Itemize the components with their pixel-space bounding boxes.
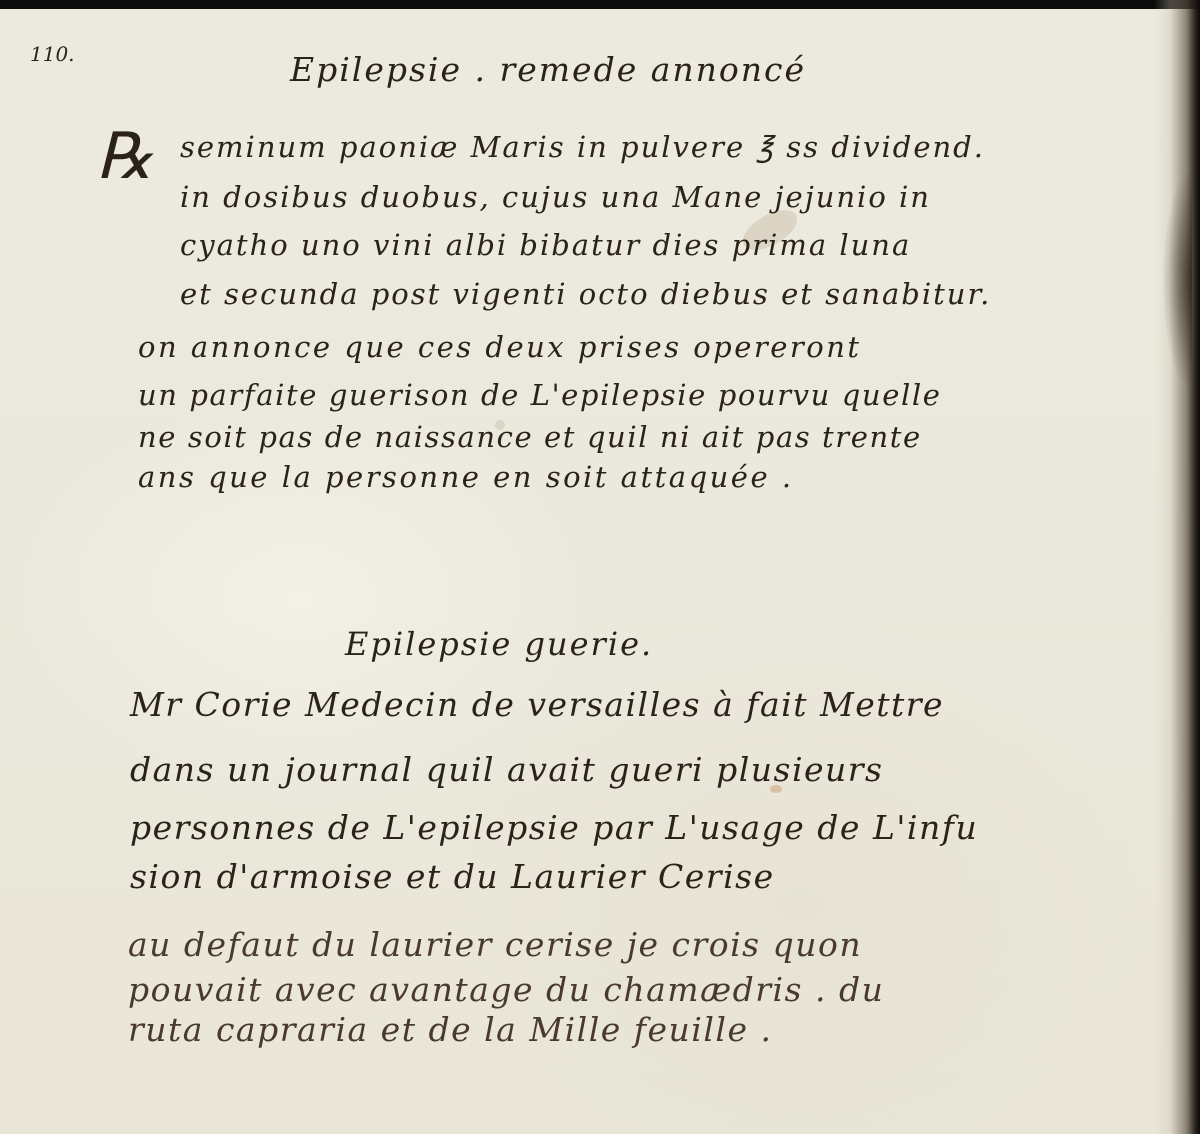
text-line: un parfaite guerison de L'epilepsie pour… <box>138 378 941 412</box>
recipe-rx-symbol: ℞ <box>96 120 153 194</box>
text-line: sion d'armoise et du Laurier Cerise <box>130 857 775 896</box>
text-line: ans que la personne en soit attaquée . <box>138 460 794 494</box>
text-line: personnes de L'epilepsie par L'usage de … <box>130 808 978 847</box>
text-line: cyatho uno vini albi bibatur dies prima … <box>180 228 911 262</box>
text-line: dans un journal quil avait gueri plusieu… <box>130 750 884 789</box>
text-line: in dosibus duobus, cujus una Mane jejuni… <box>180 180 931 214</box>
scan-top-border <box>0 0 1200 9</box>
section-heading-cured: Epilepsie guerie. <box>345 625 653 663</box>
text-line: seminum paoniæ Maris in pulvere ℥ ss div… <box>180 130 985 164</box>
text-line: au defaut du laurier cerise je crois quo… <box>128 925 862 964</box>
book-gutter-shadow <box>1152 170 1192 390</box>
page-number: 110. <box>30 42 75 66</box>
text-line: Mr Corie Medecin de versailles à fait Me… <box>130 685 944 724</box>
manuscript-page: 110. Epilepsie . remede annoncé ℞ seminu… <box>0 0 1200 1134</box>
text-line: pouvait avec avantage du chamædris . du <box>128 970 884 1009</box>
text-line: et secunda post vigenti octo diebus et s… <box>180 277 991 311</box>
text-line: ne soit pas de naissance et quil ni ait … <box>138 420 922 454</box>
section-heading-remedy: Epilepsie . remede annoncé <box>290 50 806 89</box>
text-line: ruta capraria et de la Mille feuille . <box>128 1010 772 1049</box>
text-line: on annonce que ces deux prises opereront <box>138 330 862 364</box>
